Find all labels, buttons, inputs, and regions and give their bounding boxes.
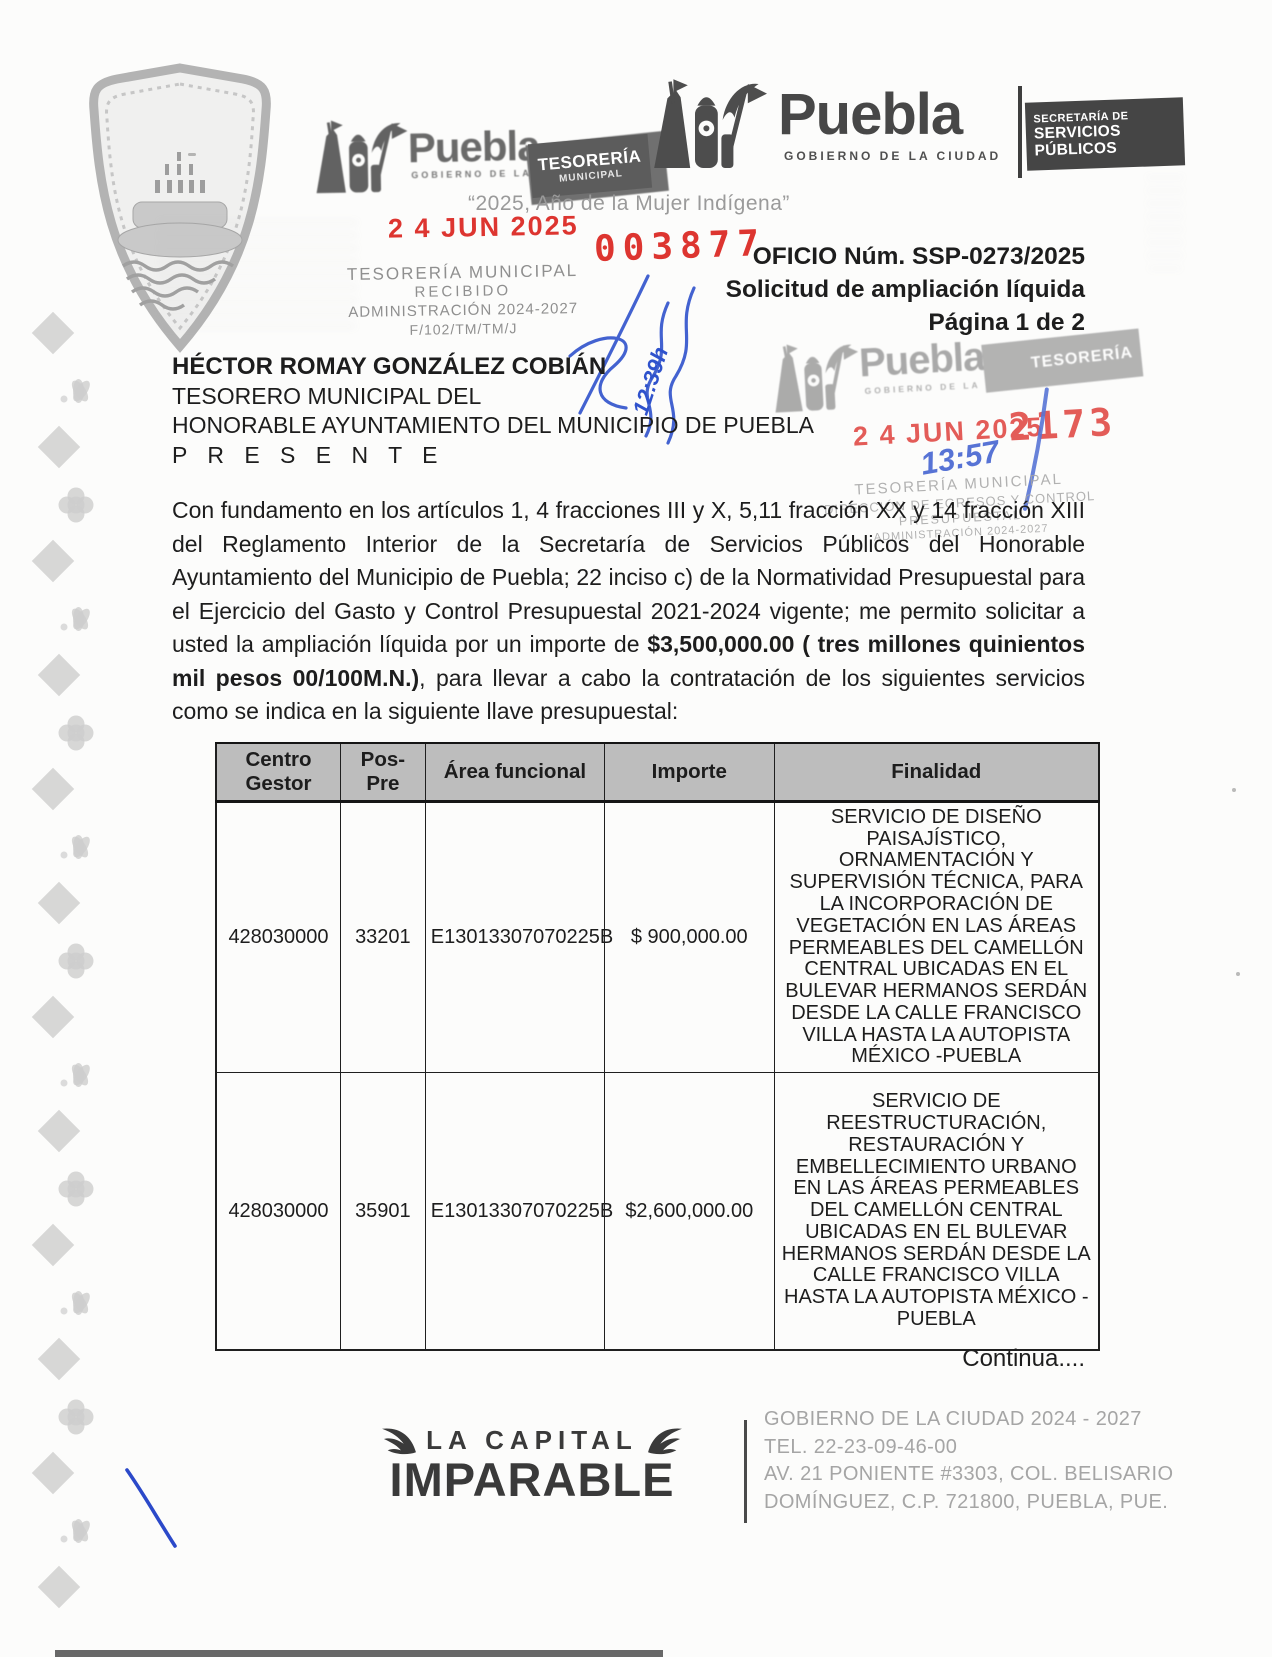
recipient-name: HÉCTOR ROMAY GONZÁLEZ COBIÁN [172,352,814,382]
col-header-area-funcional: Área funcional [425,743,604,802]
oficio-subject: Solicitud de ampliación líquida [620,273,1085,306]
col-header-importe: Importe [605,743,775,802]
table-row: 428030000 33201 E13013307070225B $ 900,0… [216,802,1099,1073]
puebla-skyline-icon [642,72,772,180]
footer-divider-bar [744,1420,747,1523]
scan-speck [188,153,196,156]
body-amount: $3,500,000.00 [647,631,794,657]
ink-bleed-artifact [1146,170,1184,270]
cell-importe: $2,600,000.00 [605,1073,775,1351]
cell-centro-gestor: 428030000 [216,802,341,1073]
puebla-wordmark-subtitle: GOBIERNO DE LA CIUDAD [784,150,1001,162]
table-header-row: Centro Gestor Pos- Pre Área funcional Im… [216,743,1099,802]
footer-address-line2: DOMÍNGUEZ, C.P. 721800, PUEBLA, PUE. [764,1489,1194,1517]
cell-area-funcional: E13013307070225B [425,802,604,1073]
budget-table: Centro Gestor Pos- Pre Área funcional Im… [215,742,1100,1351]
cell-finalidad: SERVICIO DE DISEÑO PAISAJÍSTICO, ORNAMEN… [774,802,1099,1073]
recipient-block: HÉCTOR ROMAY GONZÁLEZ COBIÁN TESORERO MU… [172,352,814,470]
logo-divider-bar [1018,86,1022,178]
wing-icon-right [646,1424,684,1456]
tesoreria-badge-faded: TESORERÍA [981,328,1143,392]
col-header-centro-gestor: Centro Gestor [216,743,341,802]
footer-address-line1: AV. 21 PONIENTE #3303, COL. BELISARIO [764,1461,1194,1489]
la-capital-imparable-logo: LA CAPITAL IMPARABLE [372,1424,692,1503]
footer-government-line: GOBIERNO DE LA CIUDAD 2024 - 2027 [764,1406,1194,1434]
servicios-publicos-badge: SECRETARÍA DE SERVICIOS PÚBLICOS [1025,97,1185,170]
received-date-stamp: 2 4 JUN 2025 [388,210,579,244]
footer-contact-block: GOBIERNO DE LA CIUDAD 2024 - 2027 TEL. 2… [764,1406,1194,1516]
puebla-wordmark: Puebla [778,86,962,144]
footer-phone-line: TEL. 22-23-09-46-00 [764,1434,1194,1462]
col-header-finalidad: Finalidad [774,743,1099,802]
col-header-pos-pre: Pos- Pre [341,743,426,802]
recipient-presente: P R E S E N T E [172,441,814,471]
recipient-institution: HONORABLE AYUNTAMIENTO DEL MUNICIPIO DE … [172,411,814,441]
scan-edge-shadow [55,1650,663,1657]
cell-finalidad: SERVICIO DE REESTRUCTURACIÓN, RESTAURACI… [774,1073,1099,1351]
puebla-skyline-icon [307,113,411,203]
table-row: 428030000 35901 E13013307070225B $2,600,… [216,1073,1099,1351]
recipient-title: TESORERO MUNICIPAL DEL [172,382,814,412]
continuation-note: Continua.... [820,1345,1085,1373]
ink-bleed-artifact [158,218,358,328]
cell-importe: $ 900,000.00 [605,802,775,1073]
letter-body-paragraph: Con fundamento en los artículos 1, 4 fra… [172,494,1085,729]
talavera-border-pattern [24,312,116,1657]
oficio-number: OFICIO Núm. SSP-0273/2025 [620,240,1085,273]
cell-area-funcional: E13013307070225B [425,1073,604,1351]
cell-pos-pre: 33201 [341,802,426,1073]
scanned-official-letter: Puebla GOBIERNO DE LA CIUDAD TESORERÍA M… [0,0,1272,1657]
tesoreria-municipal-badge-text: TESORERÍA MUNICIPAL [528,134,652,198]
imparable-label: IMPARABLE [372,1456,692,1503]
puebla-wordmark: Puebla [407,125,539,169]
pen-stroke-mark [115,1462,195,1562]
puebla-skyline-icon [766,335,862,422]
servicios-publicos-logo: Puebla GOBIERNO DE LA CIUDAD SECRETARÍA … [642,72,1172,182]
badge-servicios-label: SERVICIOS PÚBLICOS [1034,121,1177,160]
cell-centro-gestor: 428030000 [216,1073,341,1351]
cell-pos-pre: 35901 [341,1073,426,1351]
scan-speck [1236,972,1240,976]
la-capital-label: LA CAPITAL [426,1425,638,1456]
wing-icon-left [380,1424,418,1456]
puebla-wordmark: Puebla [858,337,985,383]
scan-speck [1232,788,1236,792]
